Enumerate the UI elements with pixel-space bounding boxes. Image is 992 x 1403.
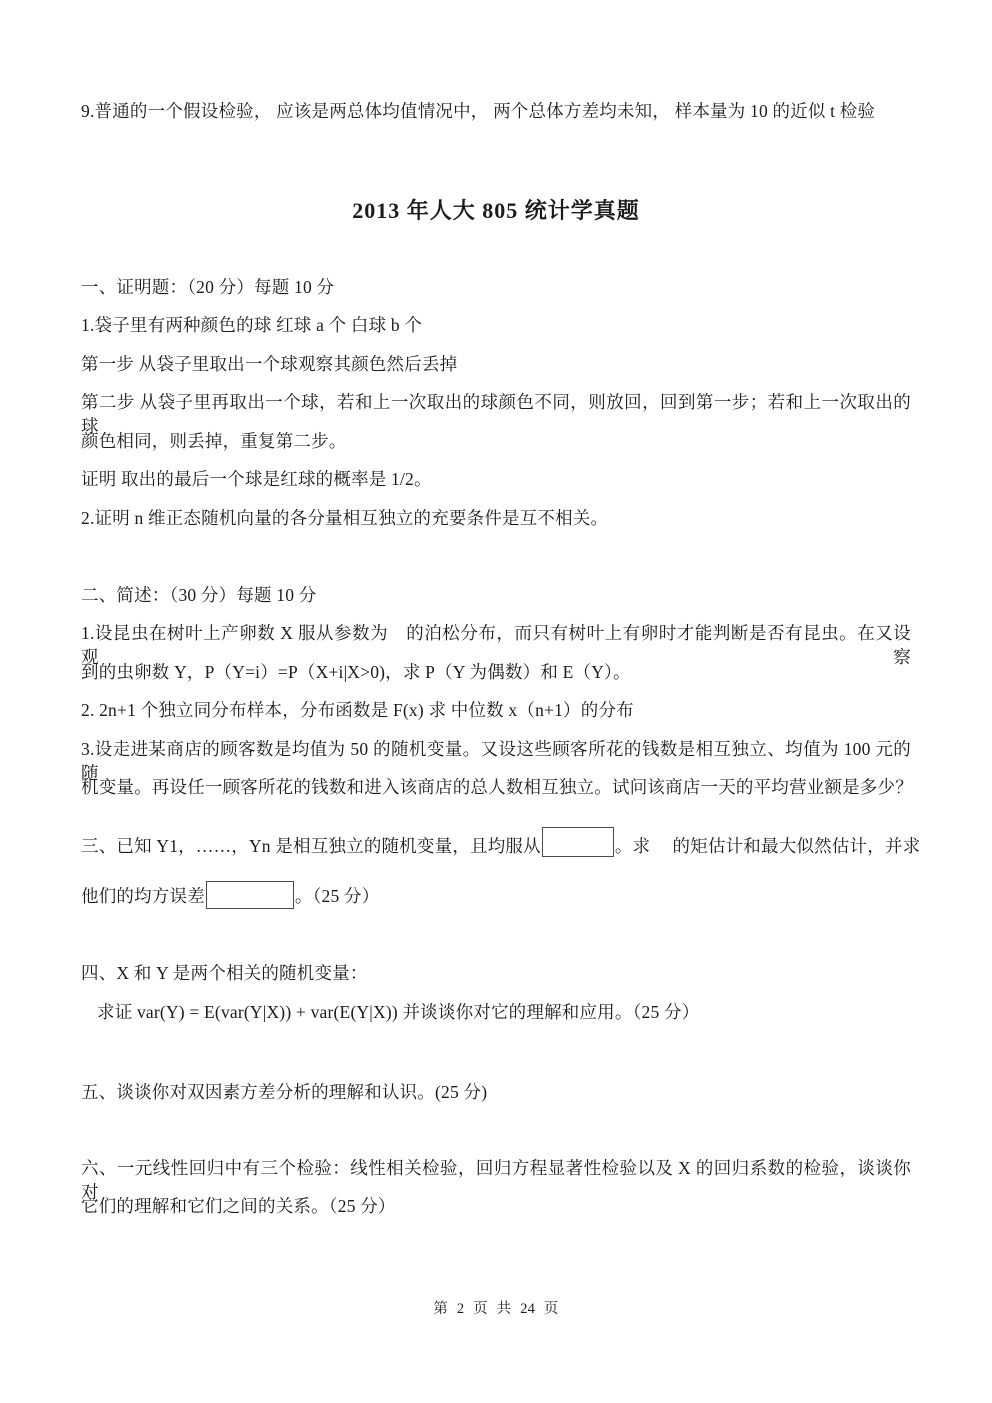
section1-header: 一、证明题：（20 分）每题 10 分	[81, 275, 334, 299]
section3-line2-pre: 他们的均方误差	[81, 886, 205, 906]
section1-step1-line: 第一步 从袋子里取出一个球观察其颜色然后丢掉	[81, 352, 457, 376]
section6-line2: 它们的理解和它们之间的关系。（25 分）	[81, 1194, 396, 1218]
section2-header: 二、简述：（30 分）每题 10 分	[81, 583, 316, 607]
section4-header: 四、X 和 Y 是两个相关的随机变量：	[81, 961, 368, 985]
section5-header: 五、谈谈你对双因素方差分析的理解和认识。(25 分)	[81, 1080, 487, 1104]
formula-placeholder-box	[206, 881, 294, 909]
section1-prove-line: 证明 取出的最后一个球是红球的概率是 1/2。	[81, 467, 432, 491]
page-footer: 第 2 页 共 24 页	[0, 1297, 992, 1321]
section2-q1-cont-line: 到的虫卵数 Y，P（Y=i）=P（X+i|X>0)，求 P（Y 为偶数）和 E（…	[81, 660, 631, 684]
section3-line2: 他们的均方误差。（25 分）	[81, 881, 379, 909]
section1-q1-line: 1.袋子里有两种颜色的球 红球 a 个 白球 b 个	[81, 313, 422, 337]
section3-line1-pre: 三、已知 Y1，……，Yn 是相互独立的随机变量，且均服从	[81, 836, 541, 856]
section1-q2-line: 2.证明 n 维正态随机向量的各分量相互独立的充要条件是互不相关。	[81, 506, 608, 530]
section3-line1: 三、已知 Y1，……，Yn 是相互独立的随机变量，且均服从。求 的矩估计和最大似…	[81, 827, 920, 858]
formula-placeholder-box	[542, 827, 614, 857]
section2-q3-cont-line: 机变量。再设任一顾客所花的钱数和进入该商店的总人数相互独立。试问该商店一天的平均…	[81, 775, 913, 799]
document-page: 9.普通的一个假设检验， 应该是两总体均值情况中， 两个总体方差均未知， 样本量…	[0, 0, 992, 1403]
section1-step2-cont-line: 颜色相同，则丢掉，重复第二步。	[81, 429, 347, 453]
section2-q2-line: 2. 2n+1 个独立同分布样本，分布函数是 F(x) 求 中位数 x（n+1）…	[81, 698, 634, 722]
section3-line2-post: 。（25 分）	[295, 886, 380, 906]
exam-title: 2013 年人大 805 统计学真题	[0, 199, 992, 223]
intro-line: 9.普通的一个假设检验， 应该是两总体均值情况中， 两个总体方差均未知， 样本量…	[81, 99, 875, 123]
section4-formula-line: 求证 var(Y) = E(var(Y|X)) + var(E(Y|X)) 并谈…	[97, 1000, 699, 1024]
section3-line1-post: 。求 的矩估计和最大似然估计，并求	[615, 836, 920, 856]
